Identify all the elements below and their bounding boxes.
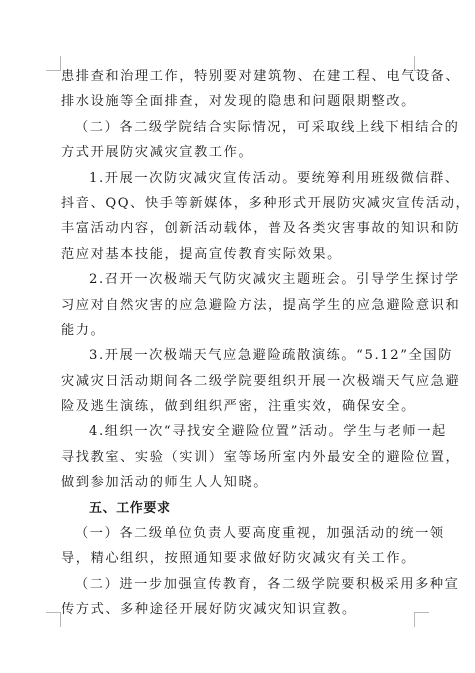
text-line: 丰富活动内容，创新活动载体，普及各类灾害事故的知识和防 [61,216,415,241]
text-line: 导，精心组织，按照通知要求做好防灾减灾有关工作。 [61,546,415,571]
paragraph-requirement-2: （二）进一步加强宣传教育，各二级学院要积极采用多种宣 [61,572,415,597]
text-line: 排水设施等全面排查，对发现的隐患和问题限期整改。 [61,89,415,114]
text-line: 习应对自然灾害的应急避险方法，提高学生的应急避险意识和 [61,293,415,318]
text-line: 范应对基本技能，提高宣传教育实际效果。 [61,242,415,267]
document-body[interactable]: 患排查和治理工作，特别要对建筑物、在建工程、电气设备、 排水设施等全面排查，对发… [61,64,415,623]
margin-corner-bottom-left [46,612,61,627]
text-line: 险及逃生演练，做到组织严密，注重实效，确保安全。 [61,394,415,419]
text-line: 做到参加活动的师生人人知晓。 [61,470,415,495]
paragraph-subsection-2: （二）各二级学院结合实际情况，可采取线上线下相结合的 [61,115,415,140]
text-line: 抖音、QQ、快手等新媒体，多种形式开展防灾减灾宣传活动， [61,191,415,216]
text-line: 灾减灾日活动期间各二级学院要组织开展一次极端天气应急避 [61,369,415,394]
text-line: 患排查和治理工作，特别要对建筑物、在建工程、电气设备、 [61,64,415,89]
margin-corner-top-left [46,56,61,71]
text-line: 方式开展防灾减灾宣教工作。 [61,140,415,165]
paragraph-item-4: 4.组织一次“寻找安全避险位置”活动。学生与老师一起 [61,419,415,444]
text-line: 寻找教室、实验（实训）室等场所室内外最安全的避险位置， [61,445,415,470]
paragraph-requirement-1: （一）各二级单位负责人要高度重视，加强活动的统一领 [61,521,415,546]
margin-corner-bottom-right [414,612,429,627]
paragraph-item-3: 3.开展一次极端天气应急避险疏散演练。“5.12”全国防 [61,343,415,368]
paragraph-item-1: 1.开展一次防灾减灾宣传活动。要统筹利用班级微信群、 [61,166,415,191]
text-line: 能力。 [61,318,415,343]
paragraph-item-2: 2.召开一次极端天气防灾减灾主题班会。引导学生探讨学 [61,267,415,292]
text-line: 传方式、多种途径开展好防灾减灾知识宣教。 [61,597,415,622]
section-heading-work-requirements: 五、工作要求 [61,496,415,521]
